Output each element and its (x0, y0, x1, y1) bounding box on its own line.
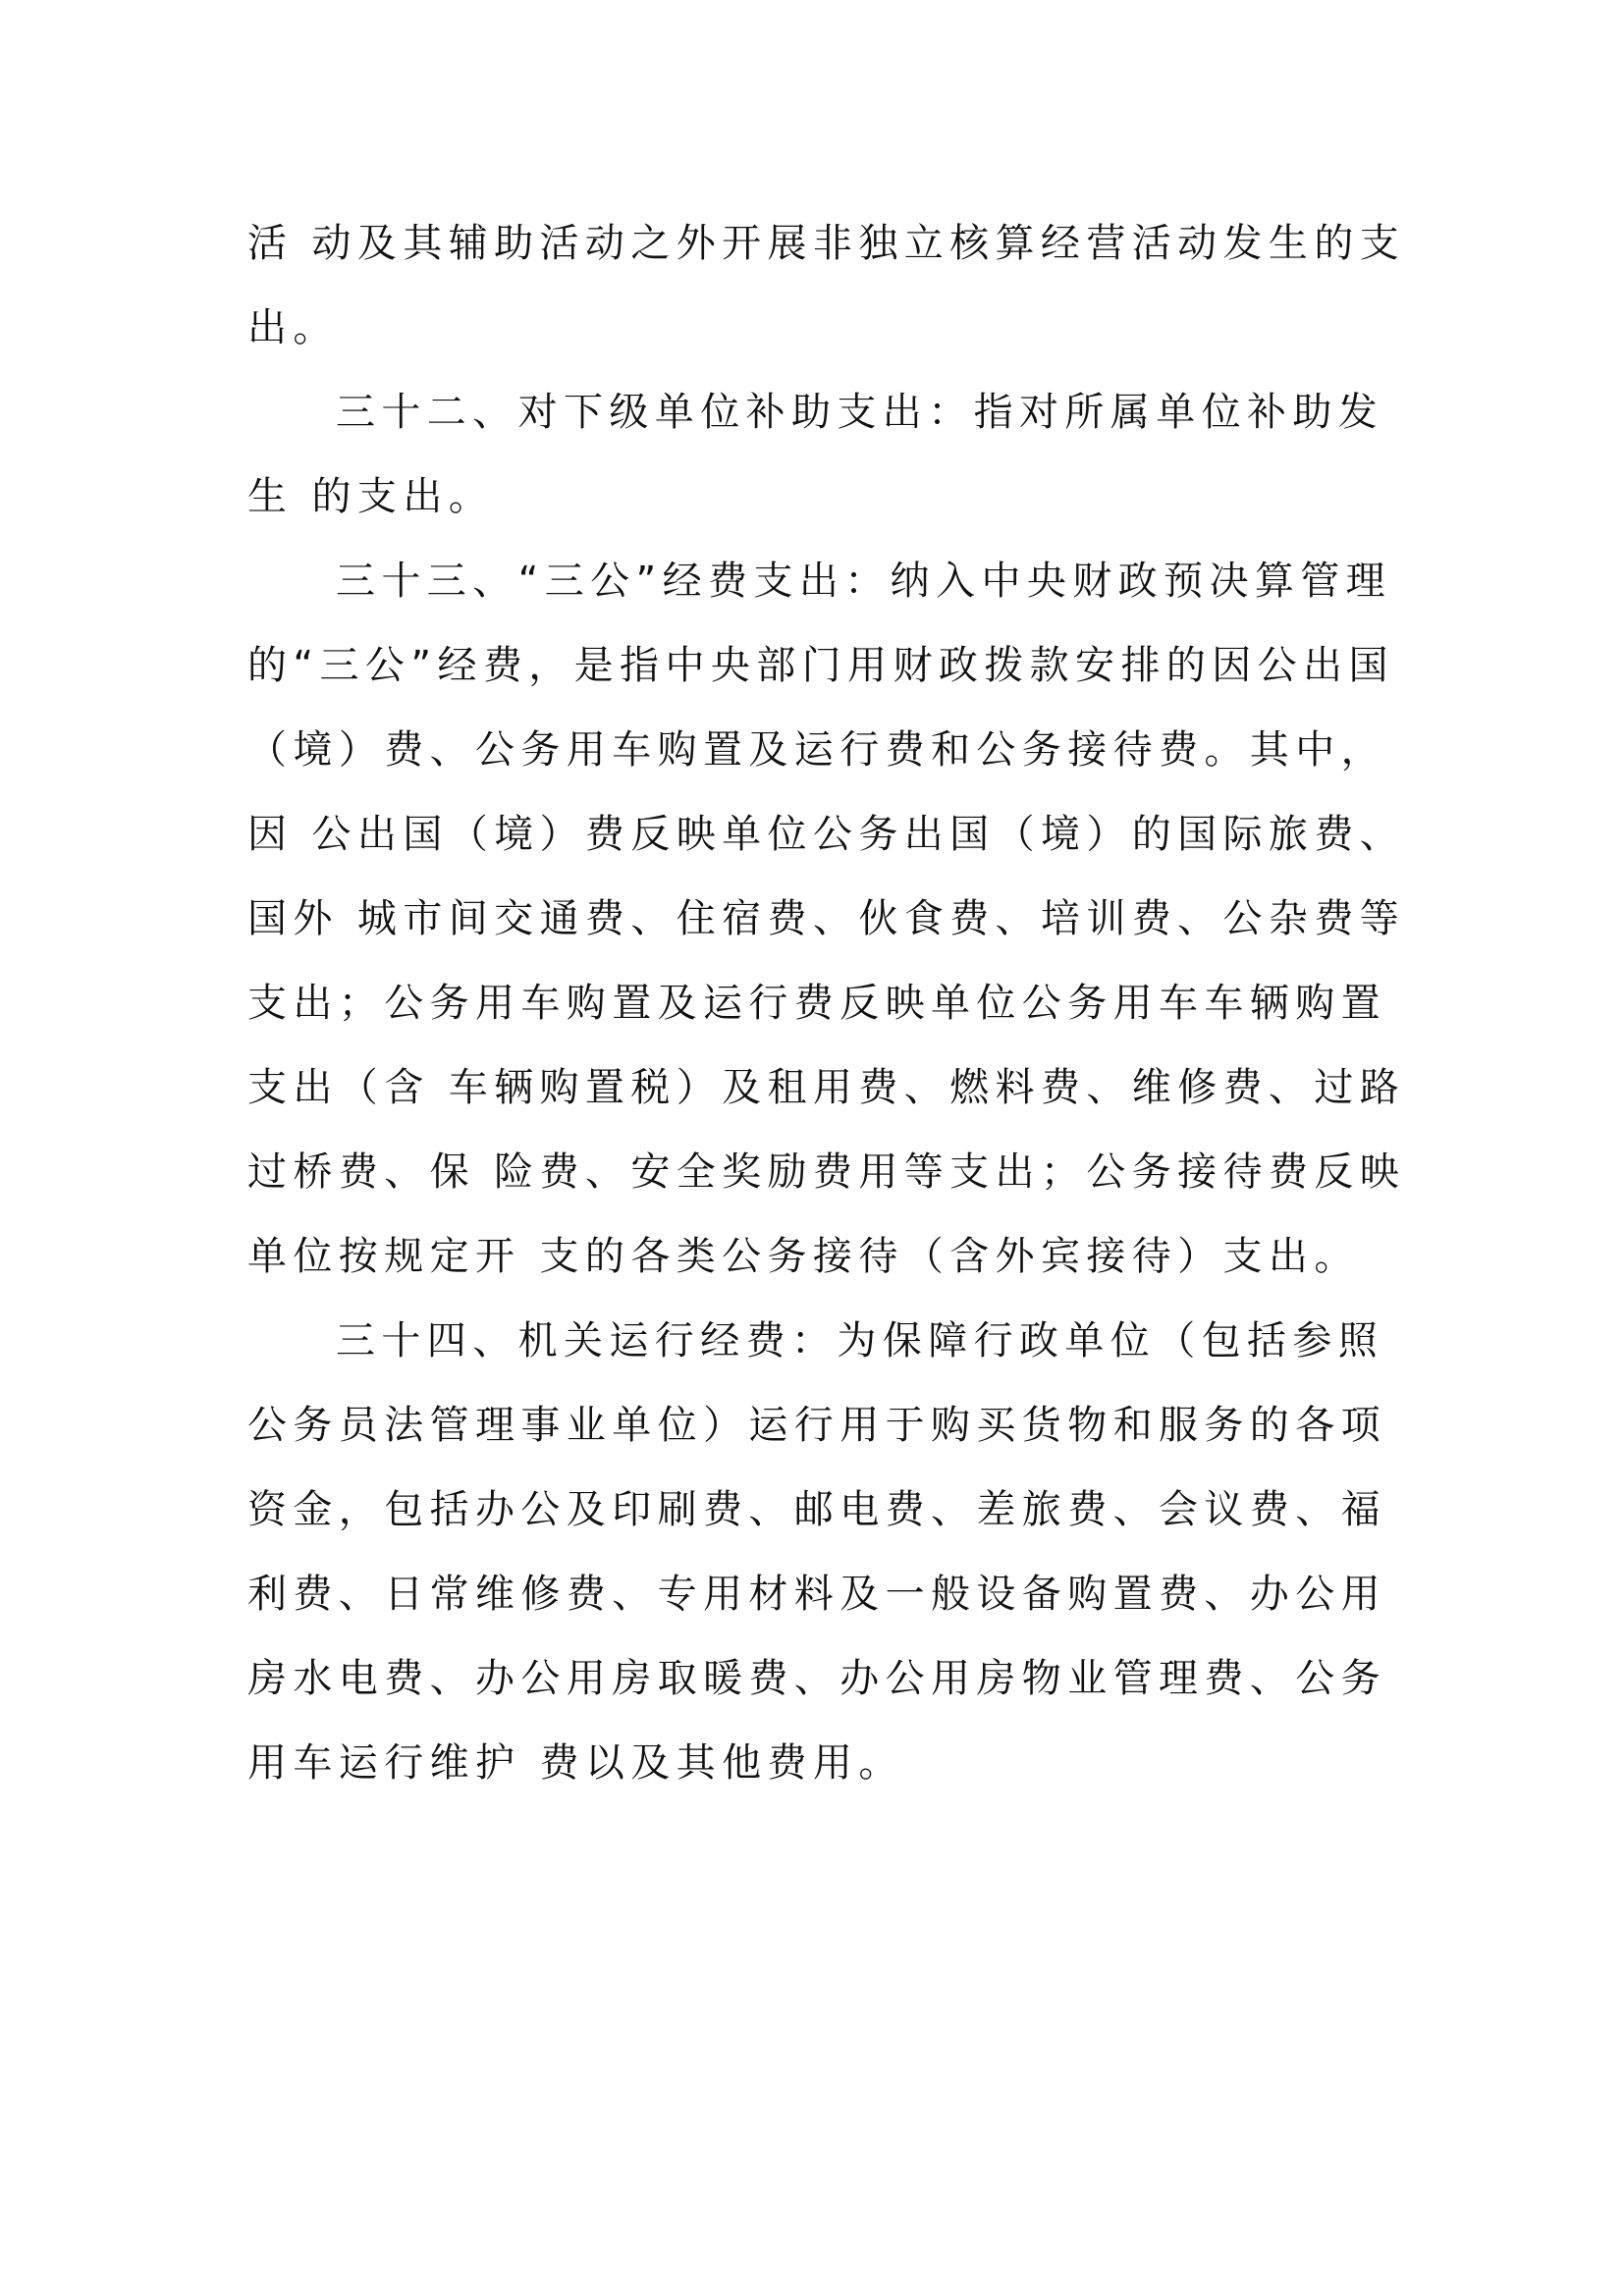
paragraph-33-line-6: 支出；公务用车购置及运行费反映单位公务用车车辆购置 (247, 976, 1386, 1031)
paragraph-31-line-1: 活 动及其辅助活动之外开展非独立核算经营活动发生的支 (247, 216, 1405, 271)
paragraph-33-line-5: 国外 城市间交通费、住宿费、伙食费、培训费、公杂费等 (247, 891, 1405, 946)
paragraph-32-line-1: 三十二、对下级单位补助支出：指对所属单位补助发 (336, 385, 1383, 440)
paragraph-33-line-9: 单位按规定开 支的各类公务接待（含外宾接待）支出。 (247, 1229, 1360, 1284)
paragraph-33-line-4: 因 公出国（境）费反映单位公务出国（境）的国际旅费、 (247, 807, 1405, 862)
paragraph-33-line-2: 的“三公”经费，是指中央部门用财政拨款安排的因公出国 (247, 638, 1394, 693)
paragraph-34-line-3: 资金，包括办公及印刷费、邮电费、差旅费、会议费、福 (247, 1482, 1386, 1537)
paragraph-34-line-2: 公务员法管理事业单位）运行用于购买货物和服务的各项 (247, 1398, 1386, 1453)
paragraph-33-line-7: 支出（含 车辆购置税）及租用费、燃料费、维修费、过路 (247, 1060, 1405, 1115)
paragraph-34-line-1: 三十四、机关运行经费：为保障行政单位（包括参照 (336, 1313, 1383, 1368)
paragraph-31-line-2: 出。 (247, 300, 339, 355)
paragraph-34-line-6: 用车运行维护 费以及其他费用。 (247, 1735, 904, 1790)
paragraph-34-line-5: 房水电费、办公用房取暖费、办公用房物业管理费、公务 (247, 1651, 1386, 1706)
paragraph-33-line-3: （境）费、公务用车购置及运行费和公务接待费。其中， (247, 722, 1386, 777)
paragraph-32-line-2: 生 的支出。 (247, 469, 494, 524)
paragraph-34-line-4: 利费、日常维修费、专用材料及一般设备购置费、办公用 (247, 1567, 1386, 1622)
paragraph-33-line-8: 过桥费、保 险费、安全奖励费用等支出；公务接待费反映 (247, 1145, 1405, 1200)
document-page: 活 动及其辅助活动之外开展非独立核算经营活动发生的支 出。 三十二、对下级单位补… (0, 0, 1624, 2296)
paragraph-33-line-1: 三十三、“三公”经费支出：纳入中央财政预决算管理 (336, 554, 1391, 609)
